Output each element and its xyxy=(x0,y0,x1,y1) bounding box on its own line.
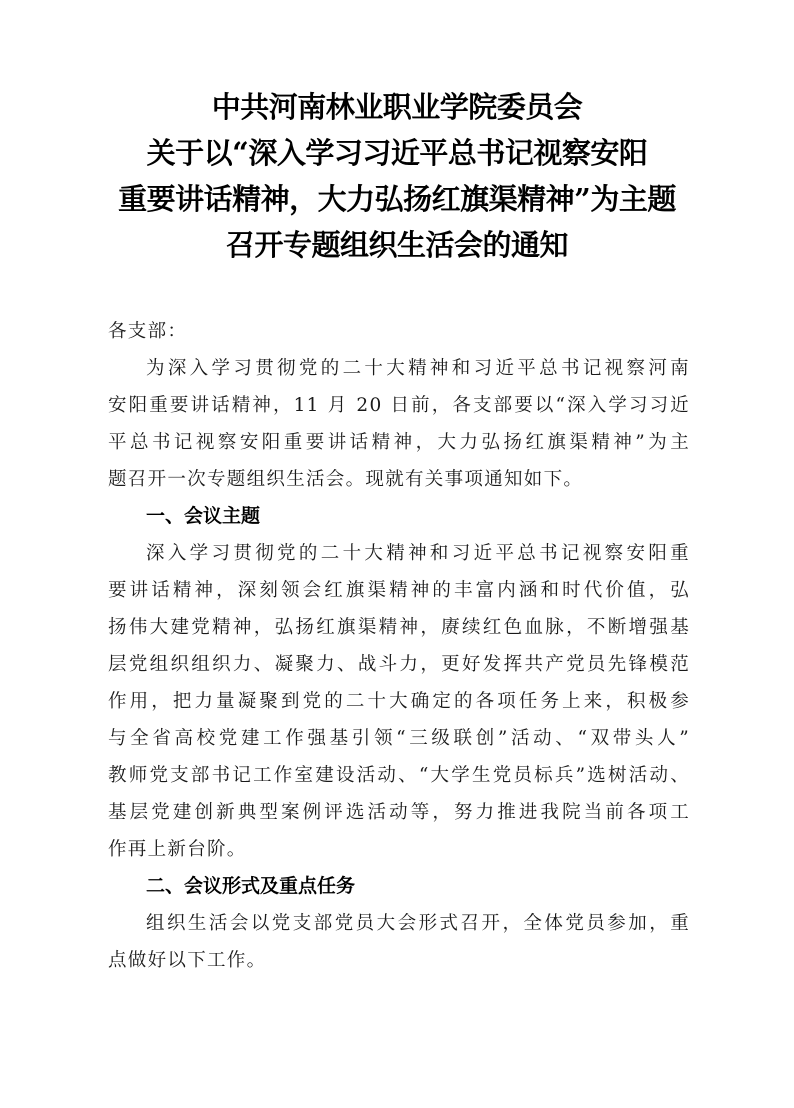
paragraph-line: 深入学习贯彻党的二十大精神和习近平总书记视察安阳重 xyxy=(108,535,690,572)
paragraph-line: 要讲话精神，深刻领会红旗渠精神的丰富内涵和时代价值，弘 xyxy=(108,572,690,609)
paragraph-line: 为深入学习贯彻党的二十大精神和习近平总书记视察河南 xyxy=(108,350,690,387)
paragraph-line: 基层党建创新典型案例评选活动等，努力推进我院当前各项工 xyxy=(108,794,690,831)
paragraph-line: 作用，把力量凝聚到党的二十大确定的各项任务上来，积极参 xyxy=(108,683,690,720)
paragraph-line: 组织生活会以党支部党员大会形式召开，全体党员参加，重 xyxy=(108,905,690,942)
title-line-2: 关于以“深入学习习近平总书记视察安阳 xyxy=(0,130,794,176)
paragraph-line: 题召开一次专题组织生活会。现就有关事项通知如下。 xyxy=(108,461,690,498)
section-meeting-theme: 一、会议主题 深入学习贯彻党的二十大精神和习近平总书记视察安阳重 要讲话精神，深… xyxy=(108,498,690,868)
paragraph-line: 层党组织组织力、凝聚力、战斗力，更好发挥共产党员先锋模范 xyxy=(108,646,690,683)
paragraph-line: 安阳重要讲话精神，11 月 20 日前，各支部要以“深入学习习近 xyxy=(108,387,690,424)
document-page: 中共河南林业职业学院委员会 关于以“深入学习习近平总书记视察安阳 重要讲话精神，… xyxy=(0,0,794,1108)
paragraph-line: 点做好以下工作。 xyxy=(108,942,690,979)
paragraph-line: 教师党支部书记工作室建设活动、“大学生党员标兵”选树活动、 xyxy=(108,757,690,794)
title-line-4: 召开专题组织生活会的通知 xyxy=(0,222,794,268)
paragraph-line: 与全省高校党建工作强基引领“三级联创”活动、“双带头人” xyxy=(108,720,690,757)
paragraph-line: 扬伟大建党精神，弘扬红旗渠精神，赓续红色血脉，不断增强基 xyxy=(108,609,690,646)
intro-paragraph: 为深入学习贯彻党的二十大精神和习近平总书记视察河南 安阳重要讲话精神，11 月 … xyxy=(108,350,690,498)
section-meeting-format: 二、会议形式及重点任务 组织生活会以党支部党员大会形式召开，全体党员参加，重 点… xyxy=(108,868,690,979)
section-heading: 二、会议形式及重点任务 xyxy=(108,868,690,905)
title-line-3: 重要讲话精神，大力弘扬红旗渠精神”为主题 xyxy=(0,176,794,222)
section-heading: 一、会议主题 xyxy=(108,498,690,535)
title-line-1: 中共河南林业职业学院委员会 xyxy=(0,84,794,130)
document-body: 各支部： 为深入学习贯彻党的二十大精神和习近平总书记视察河南 安阳重要讲话精神，… xyxy=(108,313,690,979)
salutation: 各支部： xyxy=(108,313,690,350)
paragraph-line: 平总书记视察安阳重要讲话精神，大力弘扬红旗渠精神”为主 xyxy=(108,424,690,461)
paragraph-line: 作再上新台阶。 xyxy=(108,831,690,868)
document-title: 中共河南林业职业学院委员会 关于以“深入学习习近平总书记视察安阳 重要讲话精神，… xyxy=(0,84,794,268)
